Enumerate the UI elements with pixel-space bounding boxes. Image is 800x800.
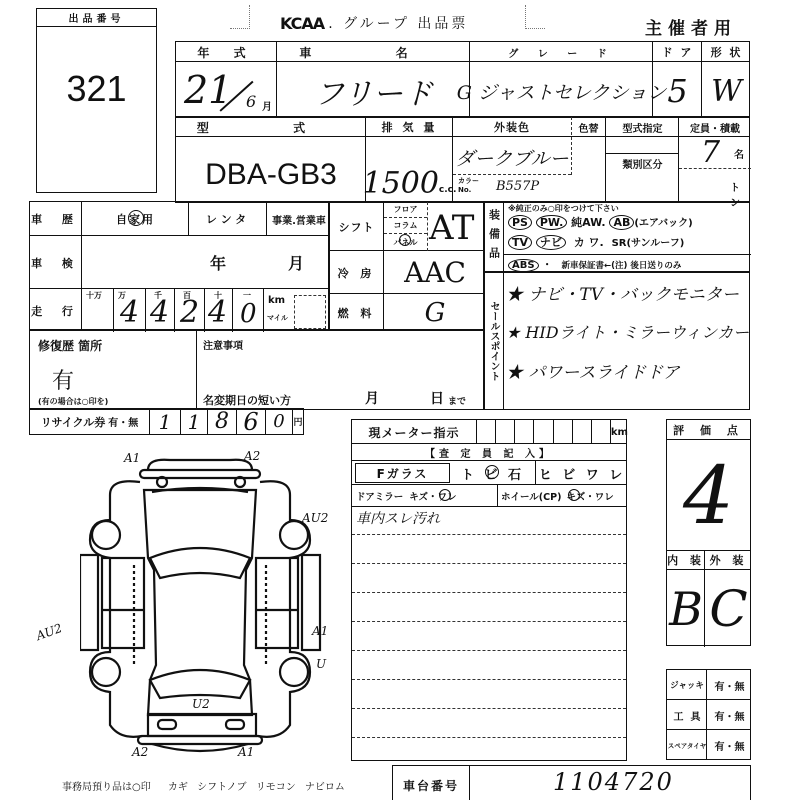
wheel-field[interactable]: ホイール(CP)キズ・ワレ [498, 485, 628, 507]
lot-number: 321 [37, 59, 156, 119]
accessory-spare-label: スペアタイヤ [667, 730, 707, 761]
body-label: 形 状 [702, 42, 751, 62]
glass-crack[interactable]: ヒ ビ ワ レ [536, 461, 628, 485]
copy-label: 主催者用 [645, 14, 737, 39]
equipment-label: 装備品 [484, 202, 504, 272]
office-item-remote[interactable]: リモコン [256, 782, 296, 793]
office-item-key[interactable]: カギ [168, 782, 188, 793]
ac-value: AAC [384, 251, 486, 294]
car-name: フリード [277, 64, 470, 118]
equip-pw[interactable]: PW. [536, 215, 567, 230]
history-label: 車 歴 [30, 202, 82, 236]
sales-point-2: ★ HIDライト・ミラーウィンカー [506, 320, 749, 343]
repair-value[interactable]: 有 [52, 364, 74, 395]
svg-text:U: U [316, 657, 327, 671]
equipment-note: ※純正のみ○印をつけて下さい [508, 203, 619, 214]
chassis-label: 車台番号 [393, 766, 470, 800]
history-option-business[interactable]: 事業.営業車 [267, 202, 331, 236]
equip-ab[interactable]: AB [609, 215, 634, 230]
capacity-label: 定員・積載 [679, 117, 751, 137]
lot-number-label: 出品番号 [37, 9, 156, 27]
mirror-field[interactable]: ドアミラーキズ・ワレ [352, 485, 498, 507]
mileage-digits: 十万 万4 千4 百2 十4 一0 km マイル [82, 289, 331, 332]
vehicle-row-2: 型 式 排 気 量 外装色 色替 型式指定 定員・積載 類別区分 DBA-GB3… [175, 116, 750, 203]
mileage-unit-km[interactable]: km [268, 295, 285, 306]
inspector-section-label: 【査 定 員 記 入】 [352, 444, 626, 461]
type-designation-label: 型式指定 [606, 117, 679, 137]
doors-value: 5 [653, 64, 702, 118]
color-no-label: カラー No. [458, 177, 486, 195]
equip-warranty[interactable]: 新車保証書←(注) 後日送りのみ [562, 261, 682, 271]
header-title: KCAA . グループ 出品票 [280, 12, 468, 34]
equipment-row-3: ABS ・ 新車保証書←(注) 後日送りのみ [508, 256, 681, 271]
history-block: 車 歴 自家用 レンタ 事業.営業車 車 検 年 月 走 行 十万 万4 千4 … [29, 201, 330, 331]
office-item-shiftknob[interactable]: シフトノブ [197, 782, 246, 793]
recycle-digit: 6 [237, 409, 266, 434]
ac-label: 冷 房 [329, 251, 384, 294]
accessory-jack-value[interactable]: 有・無 [707, 670, 752, 700]
year-value: 21 6 月 [180, 66, 276, 116]
svg-text:AU2: AU2 [301, 511, 328, 525]
grade-label: グ レ ー ド [470, 42, 653, 62]
remark-line [352, 651, 626, 680]
equip-navi[interactable]: ナビ [536, 235, 566, 250]
remark-line [352, 593, 626, 622]
model-value: DBA-GB3 [176, 147, 366, 203]
interior-value: B [667, 570, 705, 647]
lot-number-box: 出品番号 321 [36, 8, 157, 193]
displacement-label: 排 気 量 [366, 117, 453, 137]
caution-label: 注意事項 [203, 337, 243, 352]
svg-text:U2: U2 [192, 697, 210, 711]
svg-text:A1: A1 [237, 745, 254, 759]
accessory-tools-value[interactable]: 有・無 [707, 700, 752, 730]
color-change-label: 色替 [571, 117, 606, 137]
specs-block: シフト フロア コラム パネル AT 冷 房 AAC 燃 料 G [328, 201, 485, 331]
history-option-rental[interactable]: レンタ [189, 202, 267, 236]
sales-points-block: セールスポイント ★ ナビ・TV・バックモニター ★ HIDライト・ミラーウィン… [483, 271, 750, 410]
repair-note: (有の場合は○印を) [38, 396, 108, 407]
recycle-block: リサイクル券 有・無 1 1 8 6 0 円 [29, 408, 304, 435]
repair-block: 修復歴 箇所 有 (有の場合は○印を) 注意事項 名変期日の短い方 月 日 まで [29, 329, 485, 410]
name-label: 車 名 [277, 42, 470, 62]
body-value: W [702, 64, 751, 118]
inspection-label: 車 検 [30, 236, 82, 289]
chassis-value: 1104720 [553, 768, 674, 796]
svg-text:A1: A1 [311, 624, 328, 638]
shift-label: シフト [329, 202, 384, 251]
remark-line: 車内スレ汚れ [352, 507, 626, 535]
name-change-label: 名変期日の短い方 [203, 392, 291, 408]
mileage-label: 走 行 [30, 289, 82, 332]
remark-line [352, 564, 626, 593]
meter-label: 現メーター指示 [352, 420, 477, 444]
remark-line [352, 709, 626, 738]
dotted-mark [525, 5, 545, 29]
capacity-value: 7 [701, 135, 720, 170]
remark-line [352, 535, 626, 564]
recycle-digit: 0 [266, 409, 293, 434]
sales-point-1: ★ ナビ・TV・バックモニター [506, 280, 739, 305]
equip-sunroof[interactable]: SR(サンルーフ) [612, 238, 685, 249]
damage-mark-left: AU2 [34, 621, 64, 643]
fuel-label: 燃 料 [329, 294, 384, 332]
svg-text:A2: A2 [243, 449, 260, 463]
score-value: 4 [667, 440, 750, 550]
name-change-day: 日 [430, 388, 444, 408]
sales-points-label: セールスポイント [484, 272, 504, 409]
meter-cells: km [477, 420, 628, 444]
name-change-until: まで [448, 394, 466, 407]
dotted-mark [230, 5, 250, 29]
exterior-label: 外 装 [705, 550, 752, 570]
inspector-block: 現メーター指示 km 【査 定 員 記 入】 Fガラス ト ビ 石 ヒ ビ ワ … [351, 419, 627, 761]
grade-score-block: 評 価 点 4 内 装 外 装 B C [666, 419, 751, 646]
inspection-month-unit: 月 [288, 251, 304, 274]
recycle-options[interactable]: 有・無 [108, 414, 138, 429]
office-note: 事務局預り品は○印 カギ シフトノブ リモコン ナビロム [62, 778, 345, 793]
accessory-tools-label: 工 具 [667, 700, 707, 730]
accessory-spare-value[interactable]: 有・無 [707, 730, 752, 761]
model-label: 型 式 [176, 117, 366, 137]
equip-aw[interactable]: 純AW. [571, 216, 605, 229]
equipment-block: 装備品 ※純正のみ○印をつけて下さい PS PW. 純AW. AB(エアバック)… [483, 201, 750, 273]
svg-text:A1: A1 [123, 451, 140, 465]
accessory-jack-label: ジャッキ [667, 670, 707, 700]
sales-point-3: ★ パワースライドドア [506, 358, 680, 383]
mileage-unit-mile[interactable]: マイル [267, 313, 288, 323]
brand-logo: KCAA [280, 14, 324, 33]
equip-tv[interactable]: TV [508, 235, 532, 250]
remark-line [352, 680, 626, 709]
recycle-label: リサイクル券 [41, 414, 105, 430]
recycle-digit: 1 [150, 409, 181, 434]
doors-label: ド ア [653, 42, 702, 62]
color-label: 外装色 [453, 117, 571, 137]
equip-leather[interactable]: カ ワ. [574, 236, 604, 249]
year-label: 年 式 [176, 42, 277, 62]
meter-unit: km [611, 420, 628, 444]
grade-value: G ジャストセレクション [470, 64, 653, 118]
office-item-navirom[interactable]: ナビロム [305, 782, 345, 793]
shift-value: AT [429, 208, 474, 248]
name-change-month: 月 [365, 388, 379, 408]
accessories-block: ジャッキ 有・無 工 具 有・無 スペアタイヤ 有・無 [666, 669, 751, 760]
displacement-value: 1500 c.c. [366, 157, 453, 201]
equipment-row-2: TV ナビ カ ワ. SR(サンルーフ) [508, 234, 684, 250]
category-label: 類別区分 [606, 153, 679, 173]
remark-line [352, 622, 626, 651]
color-no-value: B557P [496, 179, 539, 194]
fuel-value: G [384, 294, 486, 332]
remarks-lines: 車内スレ汚れ [352, 507, 626, 762]
capacity-unit: 名 [734, 146, 744, 161]
glass-label: Fガラス [355, 463, 450, 483]
score-label: 評 価 点 [667, 420, 750, 440]
recycle-digit: 1 [181, 409, 208, 434]
interior-label: 内 装 [667, 550, 705, 570]
exterior-value: C [705, 570, 752, 647]
svg-text:A2: A2 [131, 745, 148, 759]
equipment-row-1: PS PW. 純AW. AB(エアバック) [508, 214, 693, 230]
repair-label: 修復歴 箇所 [38, 337, 102, 354]
equip-ps[interactable]: PS [508, 215, 532, 230]
car-damage-diagram: A1 A2 AU2 A1 U U2 A2 A1 [80, 440, 350, 760]
color-value: ダークブルー [453, 139, 571, 175]
inspection-year-unit: 年 [210, 251, 226, 274]
form-title: . グループ 出品票 [328, 13, 468, 33]
vehicle-row-1: 年 式 車 名 グ レ ー ド ド ア 形 状 21 6 月 フリード G ジャ… [175, 41, 750, 118]
chassis-block: 車台番号 1104720 [392, 765, 751, 800]
recycle-unit: 円 [293, 409, 303, 434]
recycle-digit: 8 [208, 409, 237, 434]
